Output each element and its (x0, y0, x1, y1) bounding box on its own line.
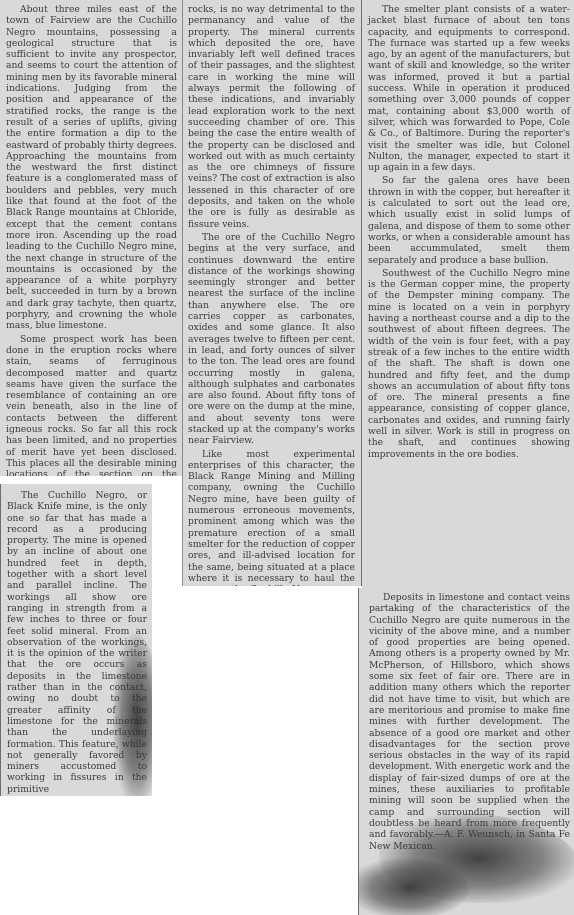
paragraph: Like most experimental enterprises of th… (188, 449, 355, 586)
ink-stain (358, 858, 469, 915)
paragraph: So far the galena ores have been thrown … (368, 175, 570, 265)
paragraph: rocks, is no way detrimental to the perm… (188, 4, 355, 230)
paragraph: Southwest of the Cuchillo Negro mine is … (368, 268, 570, 460)
paragraph: The Cuchillo Negro, or Black Knife mine,… (7, 490, 147, 795)
clipping-col2: rocks, is no way detrimental to the perm… (182, 0, 362, 586)
clipping-col3-bottom: Deposits in limestone and contact veins … (358, 588, 574, 915)
paragraph: Some prospect work has been done in the … (6, 334, 177, 476)
paragraph: The smelter plant consists of a water-ja… (368, 4, 570, 173)
clipping-col1-top: About three miles east of the town of Fa… (0, 0, 184, 476)
paragraph: The ore of the Cuchillo Negro begins at … (188, 232, 355, 447)
clipping-col1-bottom: The Cuchillo Negro, or Black Knife mine,… (0, 484, 152, 796)
clipping-col3-top: The smelter plant consists of a water-ja… (362, 0, 574, 590)
paragraph: About three miles east of the town of Fa… (6, 4, 177, 332)
paragraph: Deposits in limestone and contact veins … (369, 592, 570, 852)
